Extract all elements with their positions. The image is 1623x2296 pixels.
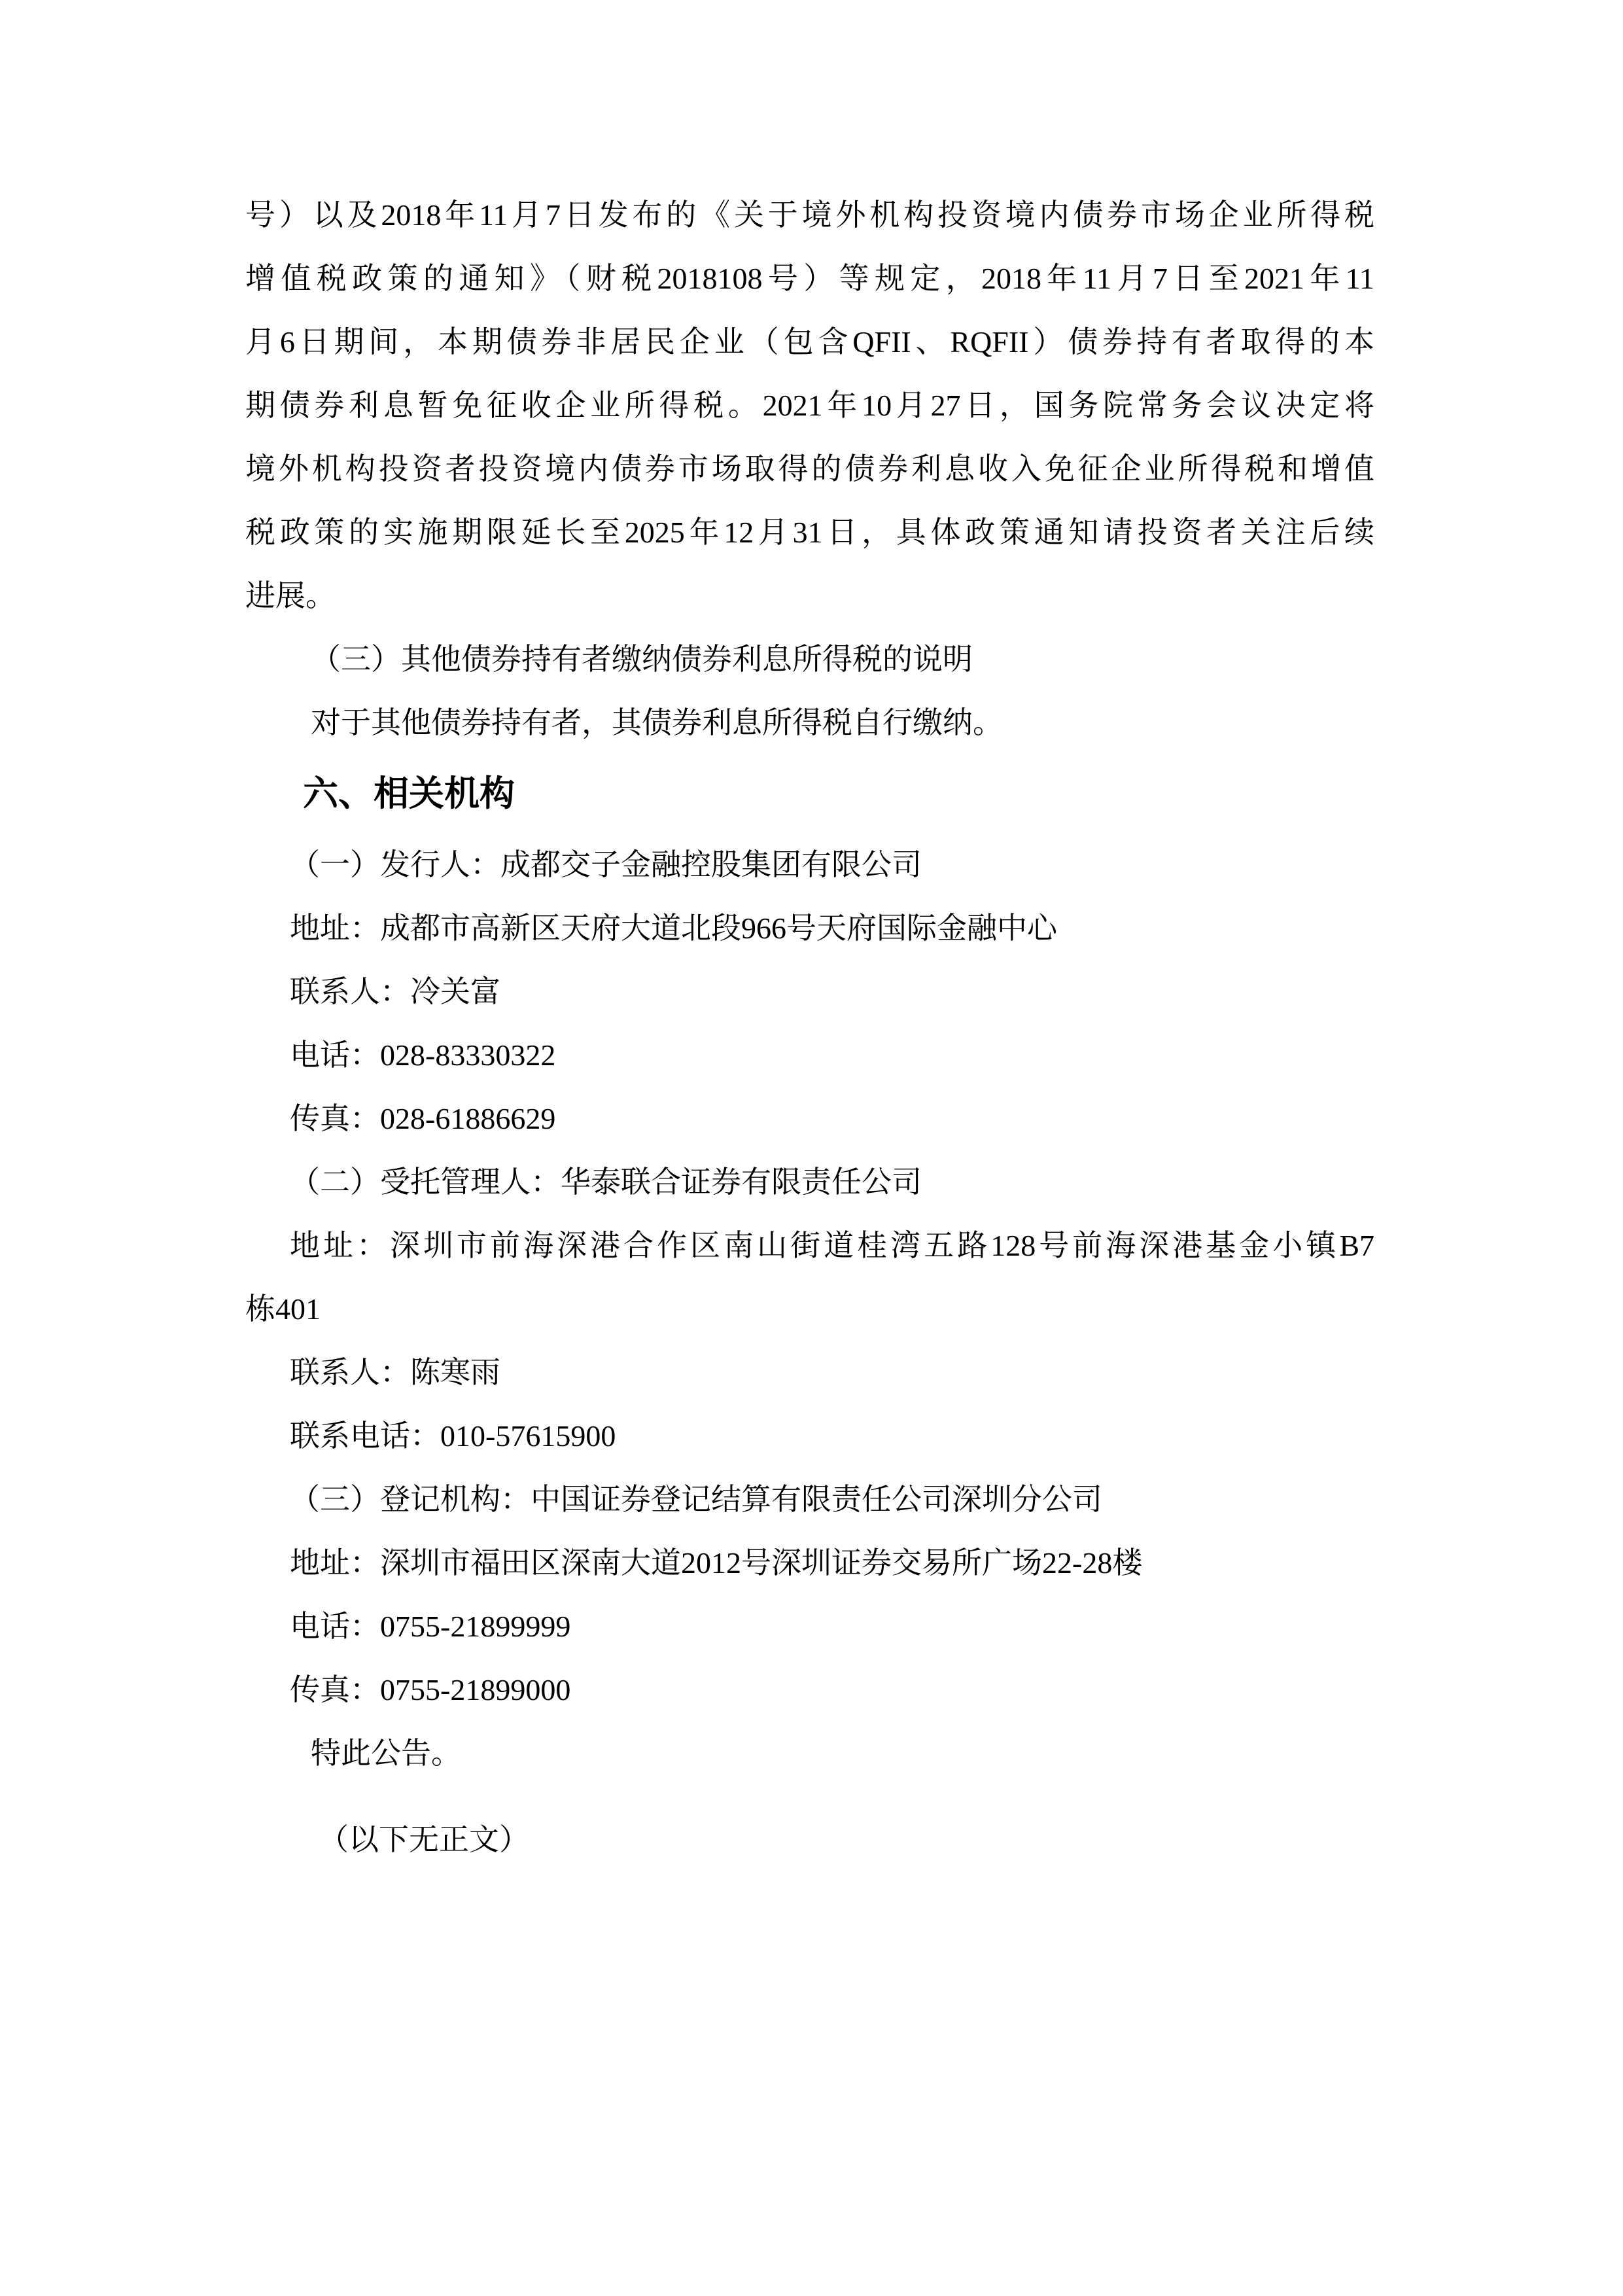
paragraph-line: 境外机构投资者投资境内债券市场取得的债券利息收入免征企业所得税和增值: [245, 437, 1374, 501]
trustee-title: （二）受托管理人：华泰联合证券有限责任公司: [245, 1150, 1374, 1214]
trustee-contact: 联系人：陈寒雨: [245, 1341, 1374, 1404]
registrar-address: 地址：深圳市福田区深南大道2012号深圳证券交易所广场22-28楼: [245, 1531, 1374, 1595]
document-page: 号）以及2018年11月7日发布的《关于境外机构投资境内债券市场企业所得税 增值…: [0, 0, 1623, 2296]
paragraph-line: 增值税政策的通知》（财税2018108号）等规定，2018年11月7日至2021…: [245, 247, 1374, 310]
issuer-address: 地址：成都市高新区天府大道北段966号天府国际金融中心: [245, 896, 1374, 960]
trustee-phone: 联系电话：010-57615900: [245, 1404, 1374, 1468]
section-heading: 六、相关机构: [245, 754, 1374, 833]
registrar-title: （三）登记机构：中国证券登记结算有限责任公司深圳分公司: [245, 1468, 1374, 1531]
registrar-phone: 电话：0755-21899999: [245, 1595, 1374, 1658]
document-body: 号）以及2018年11月7日发布的《关于境外机构投资境内债券市场企业所得税 增值…: [245, 183, 1374, 1871]
issuer-fax: 传真：028-61886629: [245, 1087, 1374, 1150]
registrar-fax: 传真：0755-21899000: [245, 1658, 1374, 1722]
trustee-address-line1: 地址：深圳市前海深港合作区南山街道桂湾五路128号前海深港基金小镇B7: [245, 1214, 1374, 1277]
trustee-address-line2: 栋401: [245, 1277, 1374, 1341]
issuer-title: （一）发行人：成都交子金融控股集团有限公司: [245, 833, 1374, 896]
paragraph-line: 税政策的实施期限延长至2025年12月31日，具体政策通知请投资者关注后续: [245, 501, 1374, 564]
subitem3-title: （三）其他债券持有者缴纳债券利息所得税的说明: [245, 627, 1374, 691]
paragraph-line: 月6日期间，本期债券非居民企业（包含QFII、RQFII）债券持有者取得的本: [245, 310, 1374, 374]
paragraph-line: 号）以及2018年11月7日发布的《关于境外机构投资境内债券市场企业所得税: [245, 183, 1374, 247]
issuer-phone: 电话：028-83330322: [245, 1023, 1374, 1087]
paragraph-line: 期债券利息暂免征收企业所得税。2021年10月27日，国务院常务会议决定将: [245, 374, 1374, 437]
paragraph-line-last: 进展。: [245, 564, 1374, 627]
end-note: （以下无正文）: [245, 1808, 1374, 1871]
subitem3-body: 对于其他债券持有者，其债券利息所得税自行缴纳。: [245, 691, 1374, 754]
closing-statement: 特此公告。: [245, 1722, 1374, 1785]
issuer-contact: 联系人：冷关富: [245, 960, 1374, 1023]
